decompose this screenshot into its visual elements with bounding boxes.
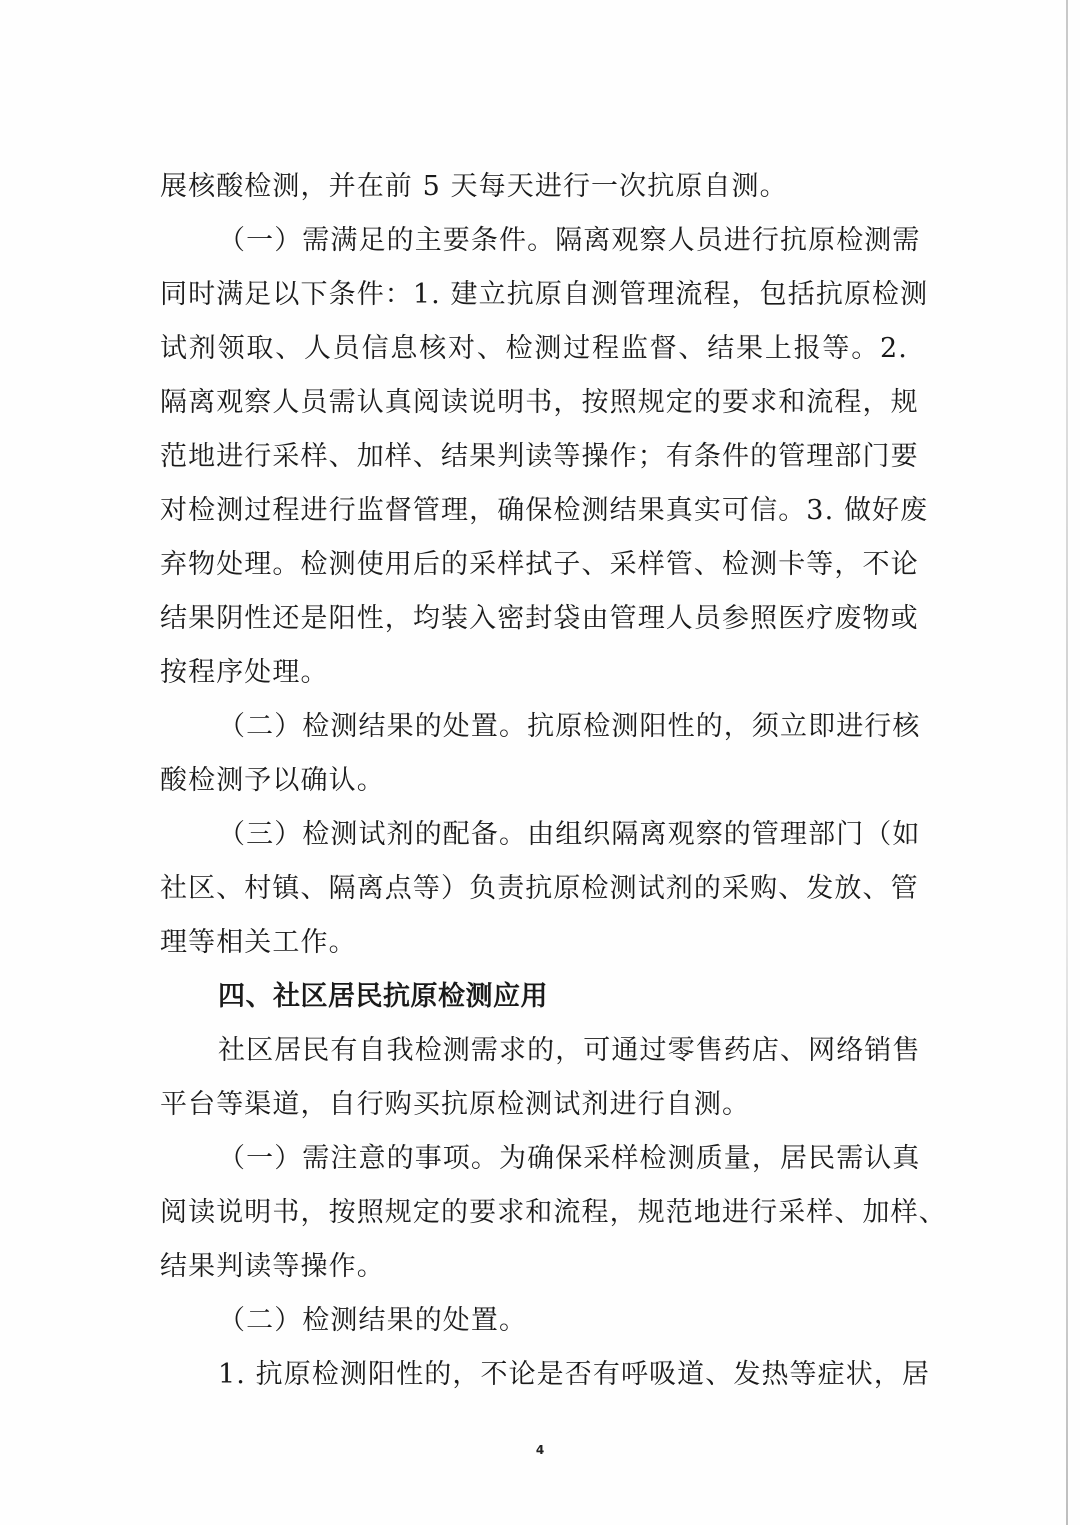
subsection-heading-conditions: （一）需满足的主要条件。隔离观察人员进行抗原检测需 xyxy=(160,214,908,268)
text-line: 阅读说明书，按照规定的要求和流程，规范地进行采样、加样、 xyxy=(160,1186,908,1240)
text-line: 社区、村镇、隔离点等）负责抗原检测试剂的采购、发放、管 xyxy=(160,862,908,916)
text-line: 弃物处理。检测使用后的采样拭子、采样管、检测卡等，不论 xyxy=(160,538,908,592)
text-line: 结果判读等操作。 xyxy=(160,1240,908,1294)
text-line: 展核酸检测，并在前 5 天每天进行一次抗原自测。 xyxy=(160,160,908,214)
page-number: 4 xyxy=(0,1443,1080,1457)
document-body: 展核酸检测，并在前 5 天每天进行一次抗原自测。 （一）需满足的主要条件。隔离观… xyxy=(160,160,908,1402)
text-line: 结果阴性还是阳性，均装入密封袋由管理人员参照医疗废物或 xyxy=(160,592,908,646)
scan-edge-line xyxy=(1066,0,1068,1525)
text-line: 社区居民有自我检测需求的，可通过零售药店、网络销售 xyxy=(160,1024,908,1078)
subsection-heading-precautions: （一）需注意的事项。为确保采样检测质量，居民需认真 xyxy=(160,1132,908,1186)
text-line: 范地进行采样、加样、结果判读等操作；有条件的管理部门要 xyxy=(160,430,908,484)
section-heading-community-residents: 四、社区居民抗原检测应用 xyxy=(160,970,908,1024)
text-line: 隔离观察人员需认真阅读说明书，按照规定的要求和流程，规 xyxy=(160,376,908,430)
subsection-heading-reagent-supply: （三）检测试剂的配备。由组织隔离观察的管理部门（如 xyxy=(160,808,908,862)
text-line: 酸检测予以确认。 xyxy=(160,754,908,808)
text-line: 1. 抗原检测阳性的，不论是否有呼吸道、发热等症状，居 xyxy=(160,1348,908,1402)
text-line: 按程序处理。 xyxy=(160,646,908,700)
subsection-heading-result-handling-residents: （二）检测结果的处置。 xyxy=(160,1294,908,1348)
document-page: 展核酸检测，并在前 5 天每天进行一次抗原自测。 （一）需满足的主要条件。隔离观… xyxy=(0,0,1080,1525)
text-line: 理等相关工作。 xyxy=(160,916,908,970)
text-line: 平台等渠道，自行购买抗原检测试剂进行自测。 xyxy=(160,1078,908,1132)
subsection-heading-result-handling: （二）检测结果的处置。抗原检测阳性的，须立即进行核 xyxy=(160,700,908,754)
text-line: 对检测过程进行监督管理，确保检测结果真实可信。3. 做好废 xyxy=(160,484,908,538)
text-line: 同时满足以下条件：1. 建立抗原自测管理流程，包括抗原检测 xyxy=(160,268,908,322)
text-line: 试剂领取、人员信息核对、检测过程监督、结果上报等。2. xyxy=(160,322,908,376)
